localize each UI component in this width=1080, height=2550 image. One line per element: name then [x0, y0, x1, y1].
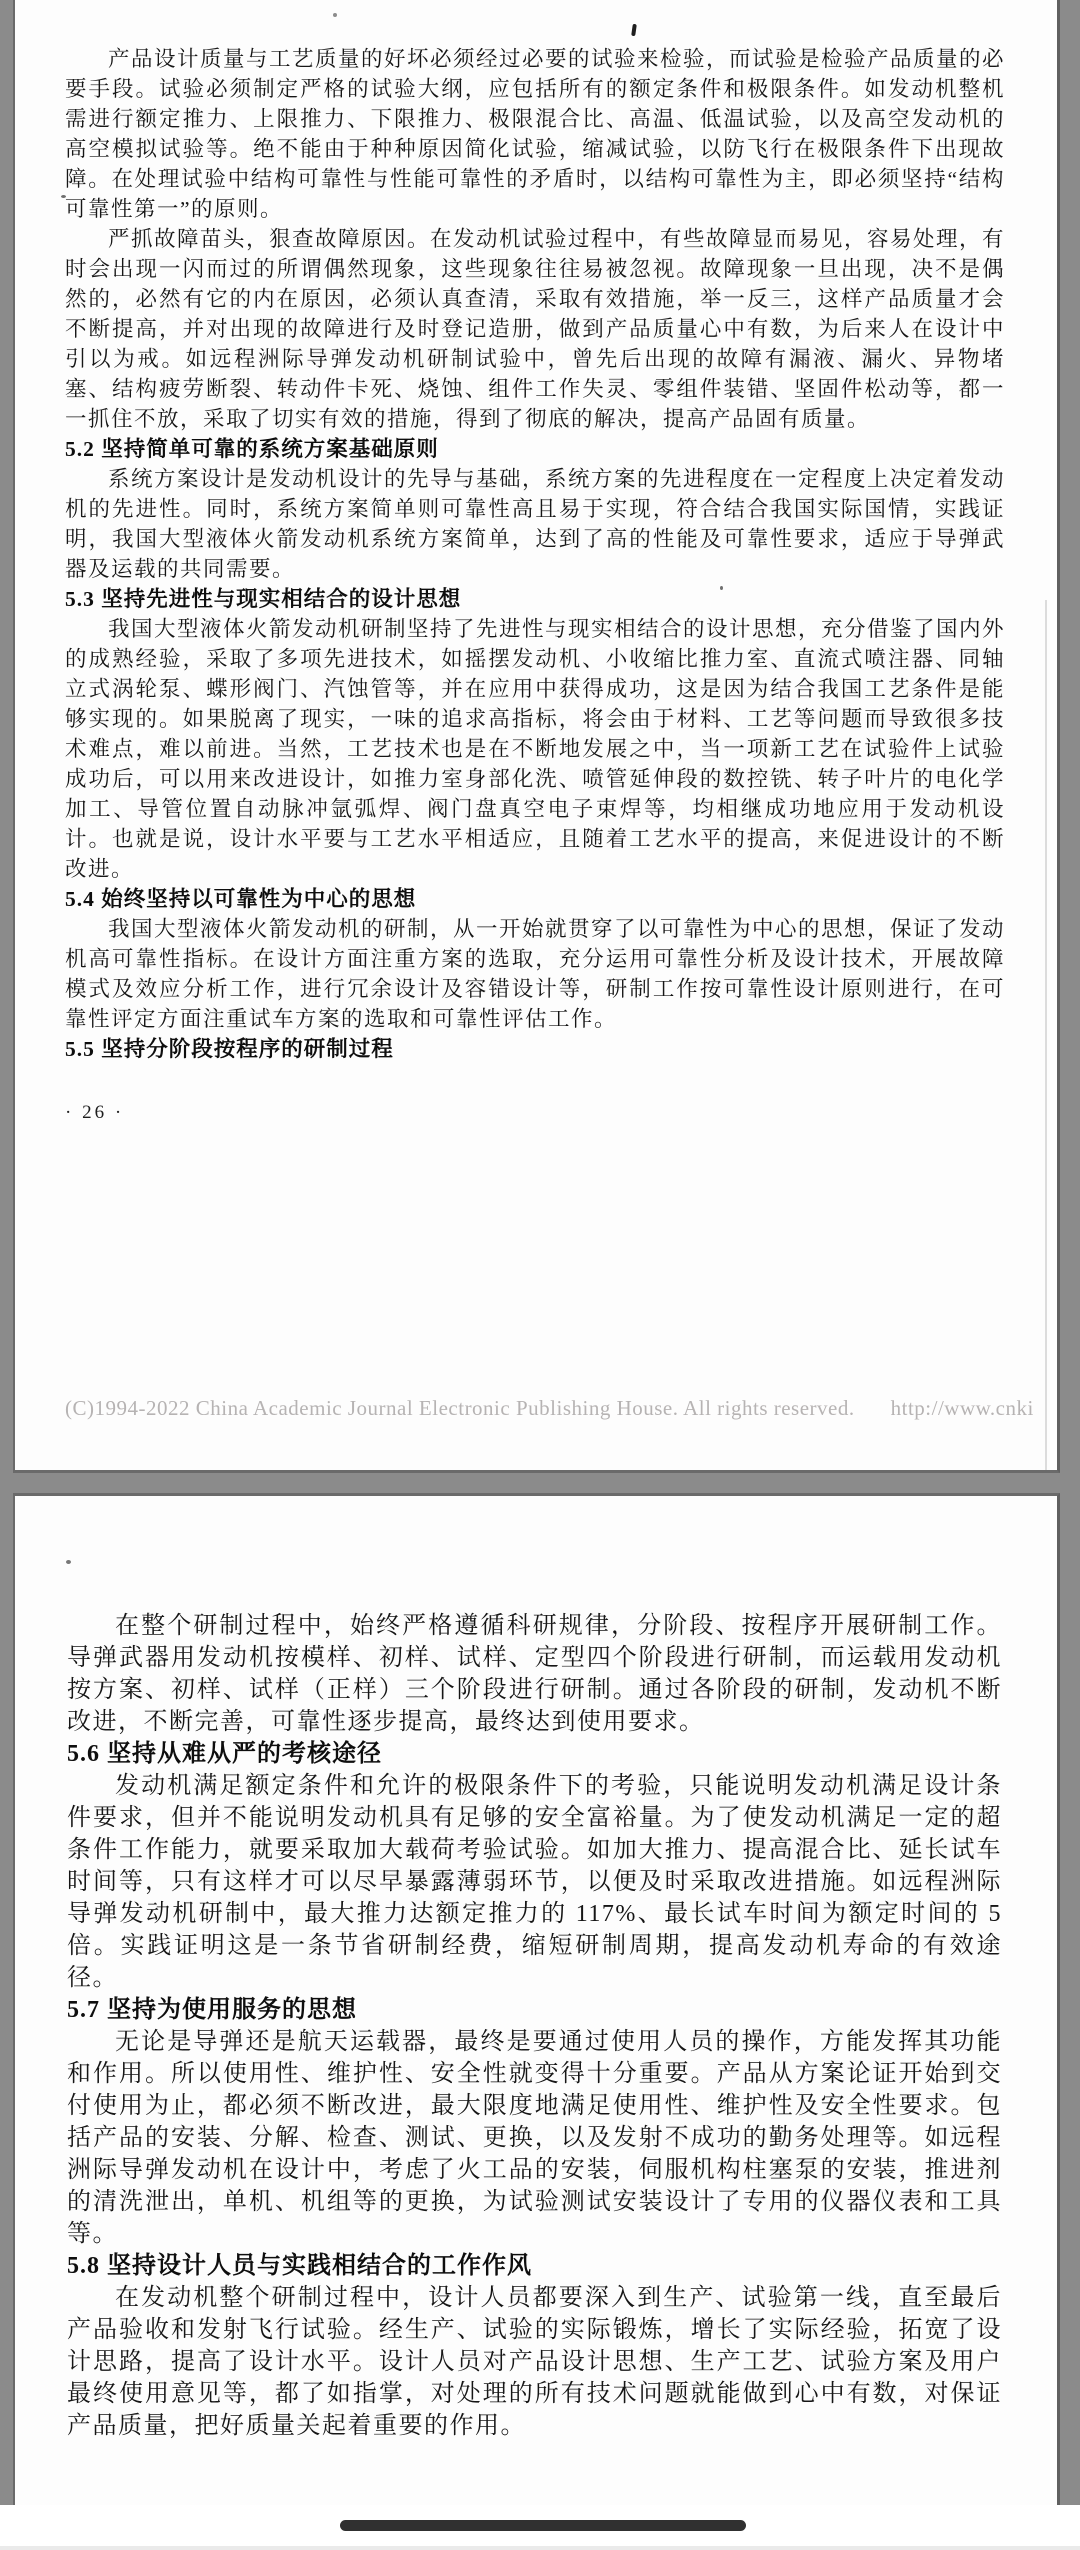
- section-heading-5-3: 5.3 坚持先进性与现实相结合的设计思想: [65, 584, 1005, 614]
- section-heading-5-5: 5.5 坚持分阶段按程序的研制过程: [65, 1034, 1005, 1064]
- scan-artifact-dot: [61, 195, 66, 198]
- system-bottom-bar: [0, 2505, 1080, 2550]
- document-page-2: 在整个研制过程中，始终严格遵循科研规律，分阶段、按程序开展研制工作。导弹武器用发…: [13, 1493, 1060, 2505]
- screen-bottom-edge: [0, 2546, 1080, 2550]
- section-heading-5-6: 5.6 坚持从难从严的考核途径: [67, 1738, 1002, 1770]
- document-viewer-background[interactable]: 产品设计质量与工艺质量的好坏必须经过必要的试验来检验，而试验是检验产品质量的必要…: [0, 0, 1080, 2505]
- page-1-text-column: 产品设计质量与工艺质量的好坏必须经过必要的试验来检验，而试验是检验产品质量的必要…: [15, 0, 1057, 1128]
- section-heading-5-7: 5.7 坚持为使用服务的思想: [67, 1994, 1002, 2026]
- cnki-copyright-footer: (C)1994-2022 China Academic Journal Elec…: [65, 1396, 1060, 1421]
- copyright-text: (C)1994-2022 China Academic Journal Elec…: [65, 1396, 855, 1421]
- page-2-text-column: 在整个研制过程中，始终严格遵循科研规律，分阶段、按程序开展研制工作。导弹武器用发…: [15, 1496, 1057, 2442]
- section-heading-5-4: 5.4 始终坚持以可靠性为中心的思想: [65, 884, 1005, 914]
- scan-edge-line: [1045, 600, 1047, 1473]
- body-paragraph-reliability-centered: 我国大型液体火箭发动机的研制，从一开始就贯穿了以可靠性为中心的思想，保证了发动机…: [65, 914, 1005, 1034]
- document-page-1: 产品设计质量与工艺质量的好坏必须经过必要的试验来检验，而试验是检验产品质量的必要…: [13, 0, 1060, 1473]
- scan-artifact-dot: [333, 13, 337, 17]
- body-paragraph-strict-assessment: 发动机满足额定条件和允许的极限条件下的考验，只能说明发动机满足设计条件要求，但并…: [67, 1770, 1002, 1994]
- scan-artifact-dot: [720, 586, 723, 590]
- body-paragraph-service-oriented: 无论是导弹还是航天运载器，最终是要通过使用人员的操作，方能发挥其功能和作用。所以…: [67, 2026, 1002, 2250]
- body-paragraph-development-stages: 在整个研制过程中，始终严格遵循科研规律，分阶段、按程序开展研制工作。导弹武器用发…: [67, 1610, 1002, 1738]
- body-paragraph-system-scheme: 系统方案设计是发动机设计的先导与基础，系统方案的先进程度在一定程度上决定着发动机…: [65, 464, 1005, 584]
- gesture-navigation-pill[interactable]: [340, 2520, 746, 2531]
- body-paragraph-test-quality: 产品设计质量与工艺质量的好坏必须经过必要的试验来检验，而试验是检验产品质量的必要…: [65, 44, 1005, 224]
- section-heading-5-8: 5.8 坚持设计人员与实践相结合的工作作风: [67, 2250, 1002, 2282]
- page-number: · 26 ·: [65, 1098, 1005, 1128]
- body-paragraph-fault-handling: 严抓故障苗头，狠查故障原因。在发动机试验过程中，有些故障显而易见，容易处理，有时…: [65, 224, 1005, 434]
- scan-artifact-dot: [66, 1560, 71, 1564]
- body-paragraph-designer-practice: 在发动机整个研制过程中，设计人员都要深入到生产、试验第一线，直至最后产品验收和发…: [67, 2282, 1002, 2442]
- body-paragraph-advanced-design: 我国大型液体火箭发动机研制坚持了先进性与现实相结合的设计思想，充分借鉴了国内外的…: [65, 614, 1005, 884]
- cnki-url-text: http://www.cnki: [891, 1396, 1034, 1421]
- section-heading-5-2: 5.2 坚持简单可靠的系统方案基础原则: [65, 434, 1005, 464]
